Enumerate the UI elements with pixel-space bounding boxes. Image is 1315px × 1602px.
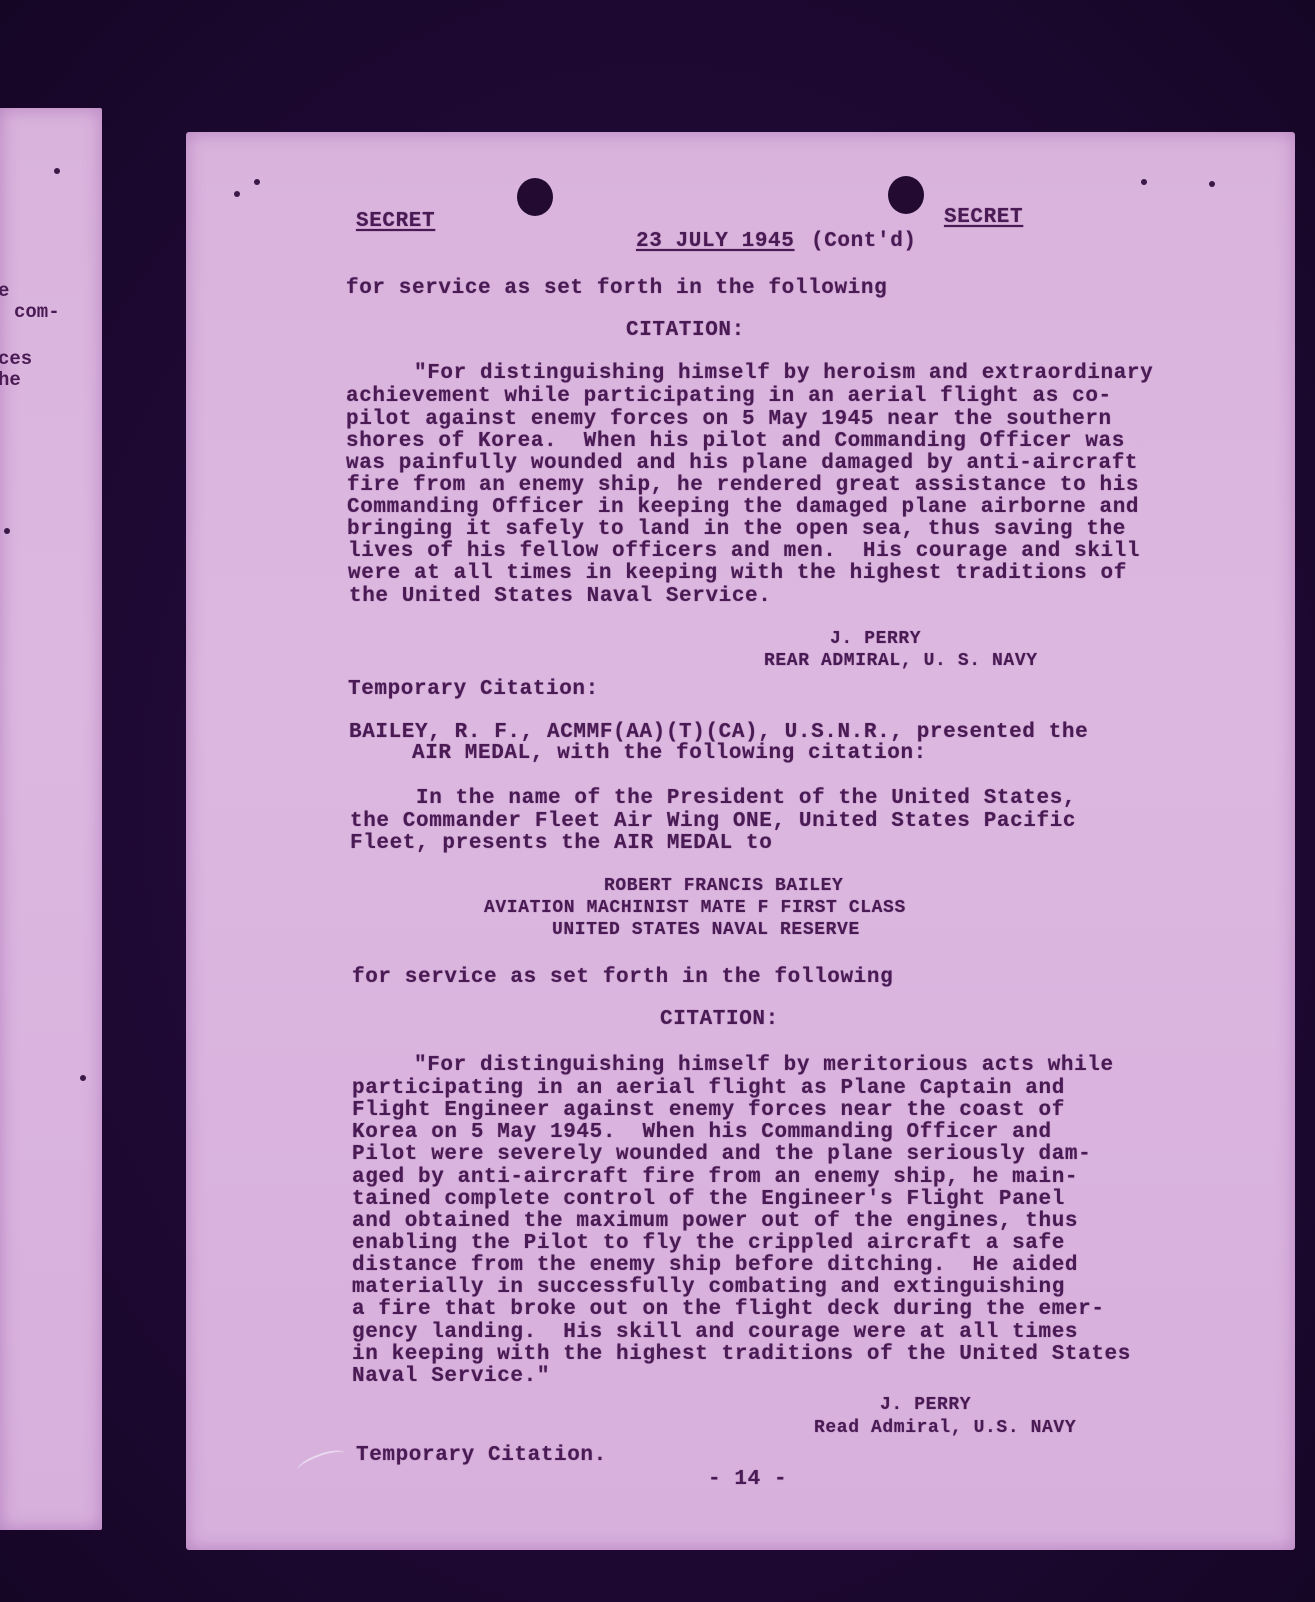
signature-name: J. PERRY [830, 627, 921, 651]
citation-intro: for service as set forth in the followin… [352, 966, 893, 990]
citation-body-line: tained complete control of the Engineer'… [352, 1188, 1065, 1212]
recipient-service: UNITED STATES NAVAL RESERVE [552, 918, 860, 942]
document-page: SECRET SECRET 23 JULY 1945 (Cont'd) for … [186, 132, 1295, 1550]
presentation-line: the Commander Fleet Air Wing ONE, United… [350, 810, 1076, 834]
citation-body-line: pilot against enemy forces on 5 May 1945… [346, 408, 1112, 432]
presentation-line: In the name of the President of the Unit… [416, 787, 1076, 811]
classification-marking-left: SECRET [356, 210, 435, 234]
citation-body-line: bringing it safely to land in the open s… [347, 518, 1126, 542]
citation-body-line: distance from the enemy ship before ditc… [352, 1254, 1078, 1278]
date-suffix: (Cont'd) [811, 230, 917, 254]
temporary-citation-note: Temporary Citation. [356, 1444, 607, 1468]
temporary-citation-note: Temporary Citation: [348, 678, 599, 702]
citation-body-line: in keeping with the highest traditions o… [352, 1343, 1131, 1367]
citation-intro: for service as set forth in the followin… [346, 277, 887, 301]
citation-body-line: were at all times in keeping with the hi… [348, 562, 1127, 586]
page-number: - 14 - [708, 1468, 787, 1492]
citation-body-line: materially in successfully combating and… [352, 1276, 1065, 1300]
fragment-line: e [0, 280, 9, 302]
paper-speck [1209, 181, 1215, 187]
adjacent-page-fragment: e com- ces he [0, 108, 102, 1530]
recipient-name: ROBERT FRANCIS BAILEY [604, 874, 843, 898]
signature-name: J. PERRY [880, 1393, 971, 1417]
citation-body-line: "For distinguishing himself by heroism a… [414, 362, 1153, 386]
citation-body-line: lives of his fellow officers and men. Hi… [348, 540, 1140, 564]
signature-title: REAR ADMIRAL, U. S. NAVY [764, 649, 1038, 673]
punch-hole [517, 178, 553, 216]
citation-body-line: Commanding Officer in keeping the damage… [347, 496, 1139, 520]
award-line: AIR MEDAL, with the following citation: [412, 742, 927, 766]
citation-body-line: and obtained the maximum power out of th… [352, 1210, 1078, 1234]
film-scratch [295, 1446, 347, 1478]
citation-body-line: "For distinguishing himself by meritorio… [414, 1054, 1114, 1078]
citation-body-line: enabling the Pilot to fly the crippled a… [352, 1232, 1065, 1256]
document-date: 23 JULY 1945 [636, 230, 794, 254]
citation-body-line: fire from an enemy ship, he rendered gre… [347, 474, 1139, 498]
citation-body-line: Flight Engineer against enemy forces nea… [352, 1099, 1065, 1123]
citation-heading: CITATION: [660, 1008, 779, 1032]
fragment-line: com- [14, 301, 60, 323]
punch-hole [888, 176, 924, 214]
paper-speck [254, 179, 260, 185]
paper-speck [54, 168, 60, 174]
citation-body-line: Pilot were severely wounded and the plan… [352, 1143, 1091, 1167]
paper-speck [80, 1075, 86, 1081]
paper-speck [234, 191, 240, 197]
citation-body-line: participating in an aerial flight as Pla… [352, 1077, 1065, 1101]
citation-body-line: Korea on 5 May 1945. When his Commanding… [352, 1121, 1052, 1145]
citation-body-line: was painfully wounded and his plane dama… [346, 452, 1138, 476]
classification-marking-right: SECRET [944, 206, 1023, 230]
signature-title: Read Admiral, U.S. NAVY [814, 1416, 1076, 1440]
citation-body-line: shores of Korea. When his pilot and Comm… [346, 430, 1125, 454]
citation-body-line: gency landing. His skill and courage wer… [352, 1321, 1078, 1345]
recipient-rank: AVIATION MACHINIST MATE F FIRST CLASS [484, 896, 906, 920]
citation-body-line: aged by anti-aircraft fire from an enemy… [352, 1166, 1078, 1190]
paper-speck [4, 528, 10, 534]
citation-body-line: achievement while participating in an ae… [346, 385, 1112, 409]
presentation-line: Fleet, presents the AIR MEDAL to [350, 832, 772, 856]
citation-body-line: the United States Naval Service. [349, 585, 771, 609]
fragment-line: he [0, 369, 21, 391]
paper-speck [1141, 179, 1147, 185]
citation-body-line: a fire that broke out on the flight deck… [352, 1298, 1105, 1322]
fragment-line: ces [0, 348, 32, 370]
citation-body-line: Naval Service." [352, 1365, 550, 1389]
citation-heading: CITATION: [626, 319, 745, 343]
